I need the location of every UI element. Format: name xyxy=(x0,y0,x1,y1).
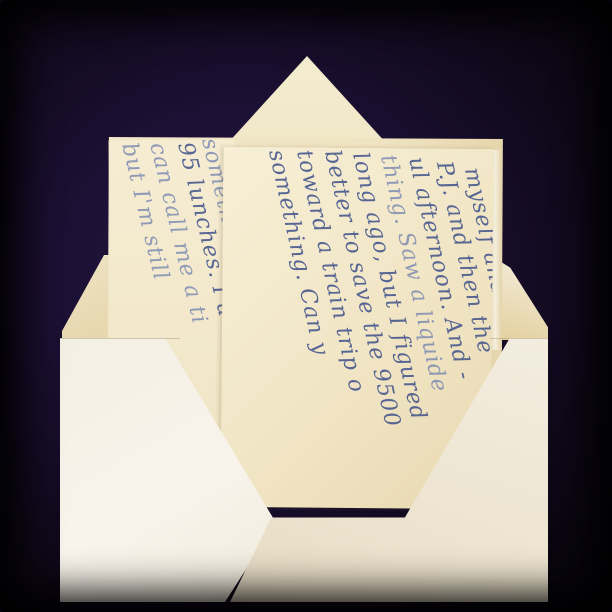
envelope-fold-line xyxy=(490,338,548,339)
envelope-fold-line xyxy=(60,338,180,339)
